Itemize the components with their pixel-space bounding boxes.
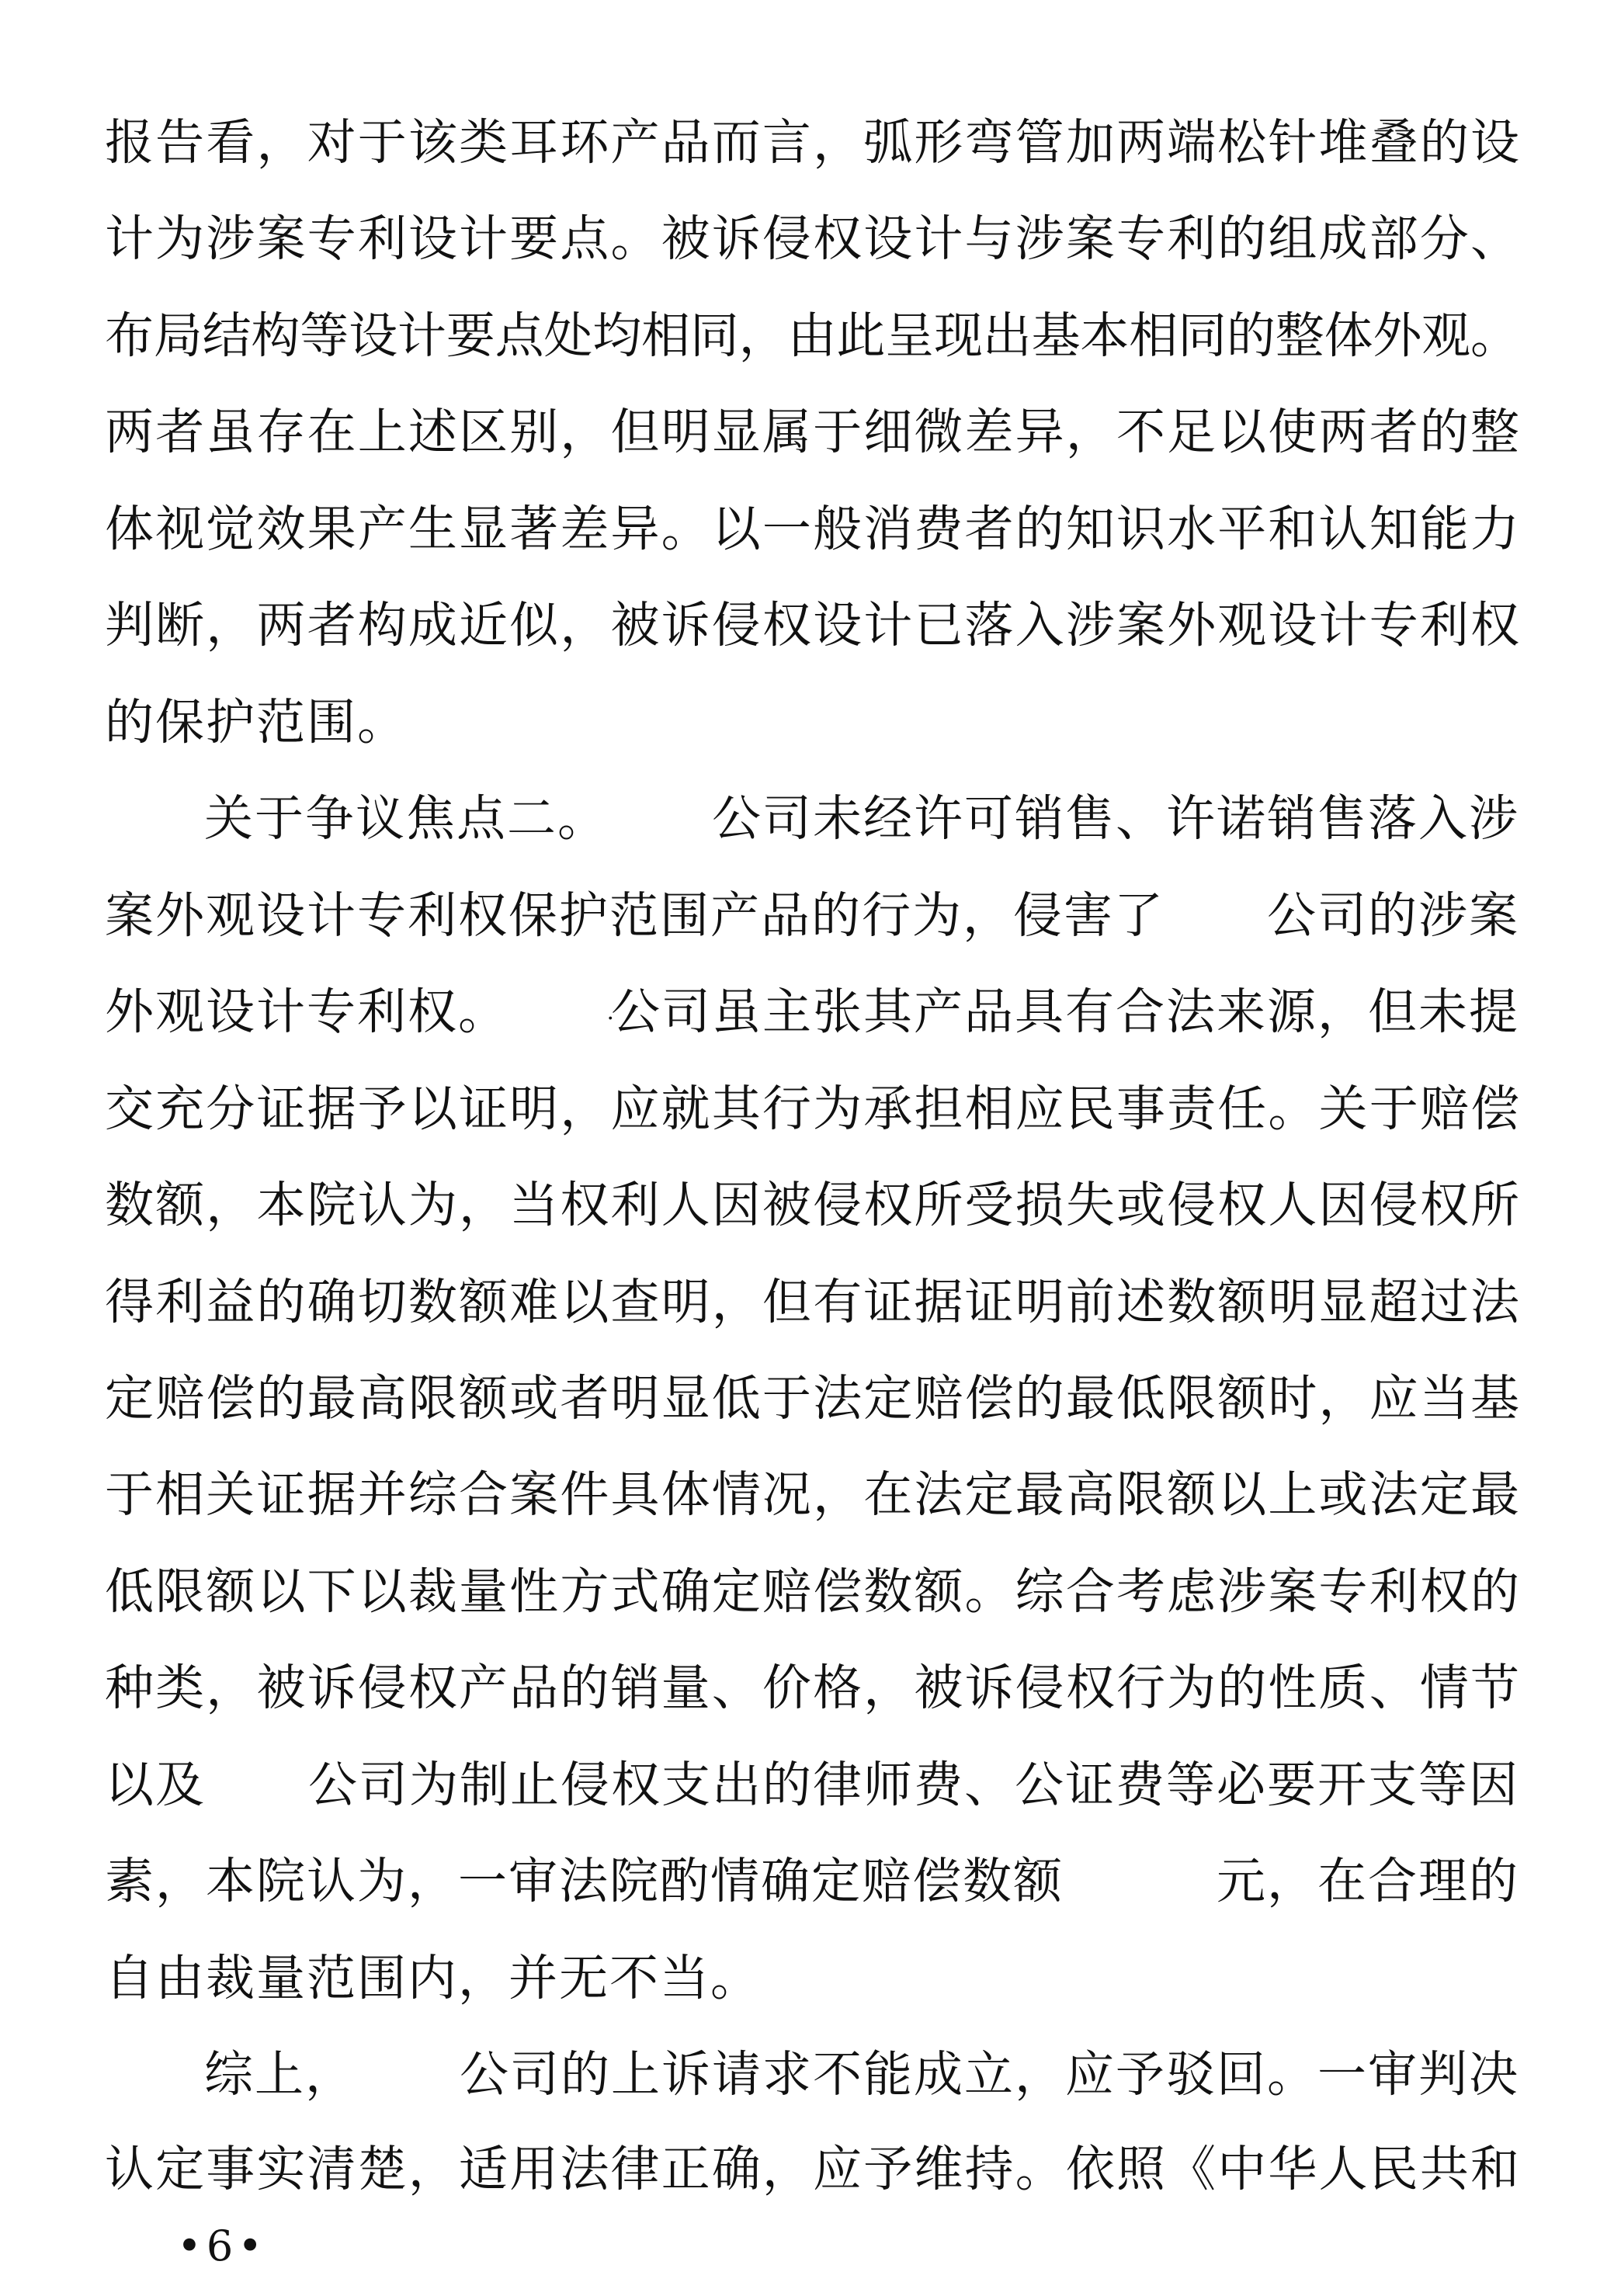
line-10-text-b: . 公司虽主张其产品具有合法来源，但未提 xyxy=(606,987,1519,1038)
line-9-text-b: 公司的涉案 xyxy=(1267,890,1519,942)
text-line-6: 判断，两者构成近似，被诉侵权设计已落入涉案外观设计专利权 xyxy=(105,600,1519,651)
redaction-gap xyxy=(218,1781,296,1789)
text-line-20: 自由裁量范围内，并无不当。 xyxy=(105,1953,1519,2004)
page-number: •6• xyxy=(177,2225,267,2268)
line-7-text: 的保护范围。 xyxy=(105,697,408,748)
text-line-7: 的保护范围。 xyxy=(105,697,1519,748)
line-1-text: 报告看，对于该类耳环产品而言，弧形弯管加两端松针堆叠的设 xyxy=(105,117,1521,168)
text-line-19: 素，本院认为，一审法院酌情确定赔偿数额 元，在合理的 xyxy=(105,1856,1519,1907)
line-14-text: 定赔偿的最高限额或者明显低于法定赔偿的最低限额时，应当基 xyxy=(105,1373,1521,1424)
line-19-text-a: 素，本院认为，一审法院酌情确定赔偿数额 xyxy=(105,1856,1064,1907)
line-11-text: 交充分证据予以证明，应就其行为承担相应民事责任。关于赔偿 xyxy=(105,1084,1521,1135)
line-21-text-b: 公司的上诉请求不能成立，应予驳回。一审判决 xyxy=(460,2049,1519,2100)
text-line-13: 得利益的确切数额难以查明，但有证据证明前述数额明显超过法 xyxy=(105,1277,1519,1328)
line-4-text: 两者虽存在上述区别，但明显属于细微差异，不足以使两者的整 xyxy=(105,407,1521,458)
line-19-text-b: 元，在合理的 xyxy=(1217,1856,1519,1907)
text-line-3: 布局结构等设计要点处均相同，由此呈现出基本相同的整体外观。 xyxy=(105,310,1519,362)
text-line-1: 报告看，对于该类耳环产品而言，弧形弯管加两端松针堆叠的设 xyxy=(105,117,1519,168)
redaction-gap xyxy=(1090,1878,1191,1885)
text-line-21: 综上， 公司的上诉请求不能成立，应予驳回。一审判决 xyxy=(204,2049,1519,2100)
text-line-12: 数额，本院认为，当权利人因被侵权所受损失或侵权人因侵权所 xyxy=(105,1180,1519,1231)
line-10-text-c: 公司虽主张其产品具有合法来源，但未提 xyxy=(611,987,1519,1038)
line-5-text: 体视觉效果产生显著差异。以一般消费者的知识水平和认知能力 xyxy=(105,504,1521,555)
line-17-text: 种类，被诉侵权产品的销量、价格，被诉侵权行为的性质、情节 xyxy=(105,1663,1521,1714)
text-line-2: 计为涉案专利设计要点。被诉侵权设计与涉案专利的组成部分、 xyxy=(105,213,1519,265)
line-8-text-a: 关于争议焦点二。 xyxy=(204,793,608,845)
line-8-text-b: 公司未经许可销售、许诺销售落入涉 xyxy=(712,793,1519,845)
line-2-text: 计为涉案专利设计要点。被诉侵权设计与涉案专利的组成部分、 xyxy=(105,213,1521,265)
line-9-text-a: 案外观设计专利权保护范围产品的行为，侵害了 xyxy=(105,890,1165,942)
text-line-10: 外观设计专利权。 . 公司虽主张其产品具有合法来源，但未提 xyxy=(105,987,1519,1038)
text-line-9: 案外观设计专利权保护范围产品的行为，侵害了 公司的涉案 xyxy=(105,890,1519,942)
document-page: 报告看，对于该类耳环产品而言，弧形弯管加两端松针堆叠的设 计为涉案专利设计要点。… xyxy=(0,0,1621,2296)
line-10-text-a: 外观设计专利权。 xyxy=(105,987,509,1038)
line-12-text: 数额，本院认为，当权利人因被侵权所受损失或侵权人因侵权所 xyxy=(105,1180,1521,1231)
text-line-4: 两者虽存在上述区别，但明显属于细微差异，不足以使两者的整 xyxy=(105,407,1519,458)
redaction-gap xyxy=(511,1008,604,1016)
text-line-22: 认定事实清楚，适用法律正确，应予维持。依照《中华人民共和 xyxy=(105,2144,1519,2195)
text-line-14: 定赔偿的最高限额或者明显低于法定赔偿的最低限额时，应当基 xyxy=(105,1373,1519,1424)
line-18-text-b: 公司为制止侵权支出的律师费、公证费等必要开支等因 xyxy=(308,1760,1519,1811)
redaction-gap xyxy=(617,815,703,823)
text-line-11: 交充分证据予以证明，应就其行为承担相应民事责任。关于赔偿 xyxy=(105,1084,1519,1135)
redaction-gap xyxy=(1177,912,1255,920)
redaction-gap xyxy=(365,2071,450,2079)
text-line-8: 关于争议焦点二。 公司未经许可销售、许诺销售落入涉 xyxy=(204,793,1519,845)
line-20-text: 自由裁量范围内，并无不当。 xyxy=(105,1953,761,2004)
text-line-16: 低限额以下以裁量性方式确定赔偿数额。综合考虑涉案专利权的 xyxy=(105,1566,1519,1618)
line-3-text: 布局结构等设计要点处均相同，由此呈现出基本相同的整体外观。 xyxy=(105,310,1519,362)
text-line-15: 于相关证据并综合案件具体情况，在法定最高限额以上或法定最 xyxy=(105,1469,1519,1521)
text-line-18: 以及 公司为制止侵权支出的律师费、公证费等必要开支等因 xyxy=(105,1760,1519,1811)
line-21-text-a: 综上， xyxy=(204,2049,356,2100)
line-13-text: 得利益的确切数额难以查明，但有证据证明前述数额明显超过法 xyxy=(105,1277,1521,1328)
line-6-text: 判断，两者构成近似，被诉侵权设计已落入涉案外观设计专利权 xyxy=(105,600,1521,651)
line-16-text: 低限额以下以裁量性方式确定赔偿数额。综合考虑涉案专利权的 xyxy=(105,1566,1521,1618)
text-line-17: 种类，被诉侵权产品的销量、价格，被诉侵权行为的性质、情节 xyxy=(105,1663,1519,1714)
line-15-text: 于相关证据并综合案件具体情况，在法定最高限额以上或法定最 xyxy=(105,1469,1521,1521)
line-22-text: 认定事实清楚，适用法律正确，应予维持。依照《中华人民共和 xyxy=(105,2144,1521,2195)
line-18-text-a: 以及 xyxy=(105,1760,206,1811)
text-line-5: 体视觉效果产生显著差异。以一般消费者的知识水平和认知能力 xyxy=(105,504,1519,555)
